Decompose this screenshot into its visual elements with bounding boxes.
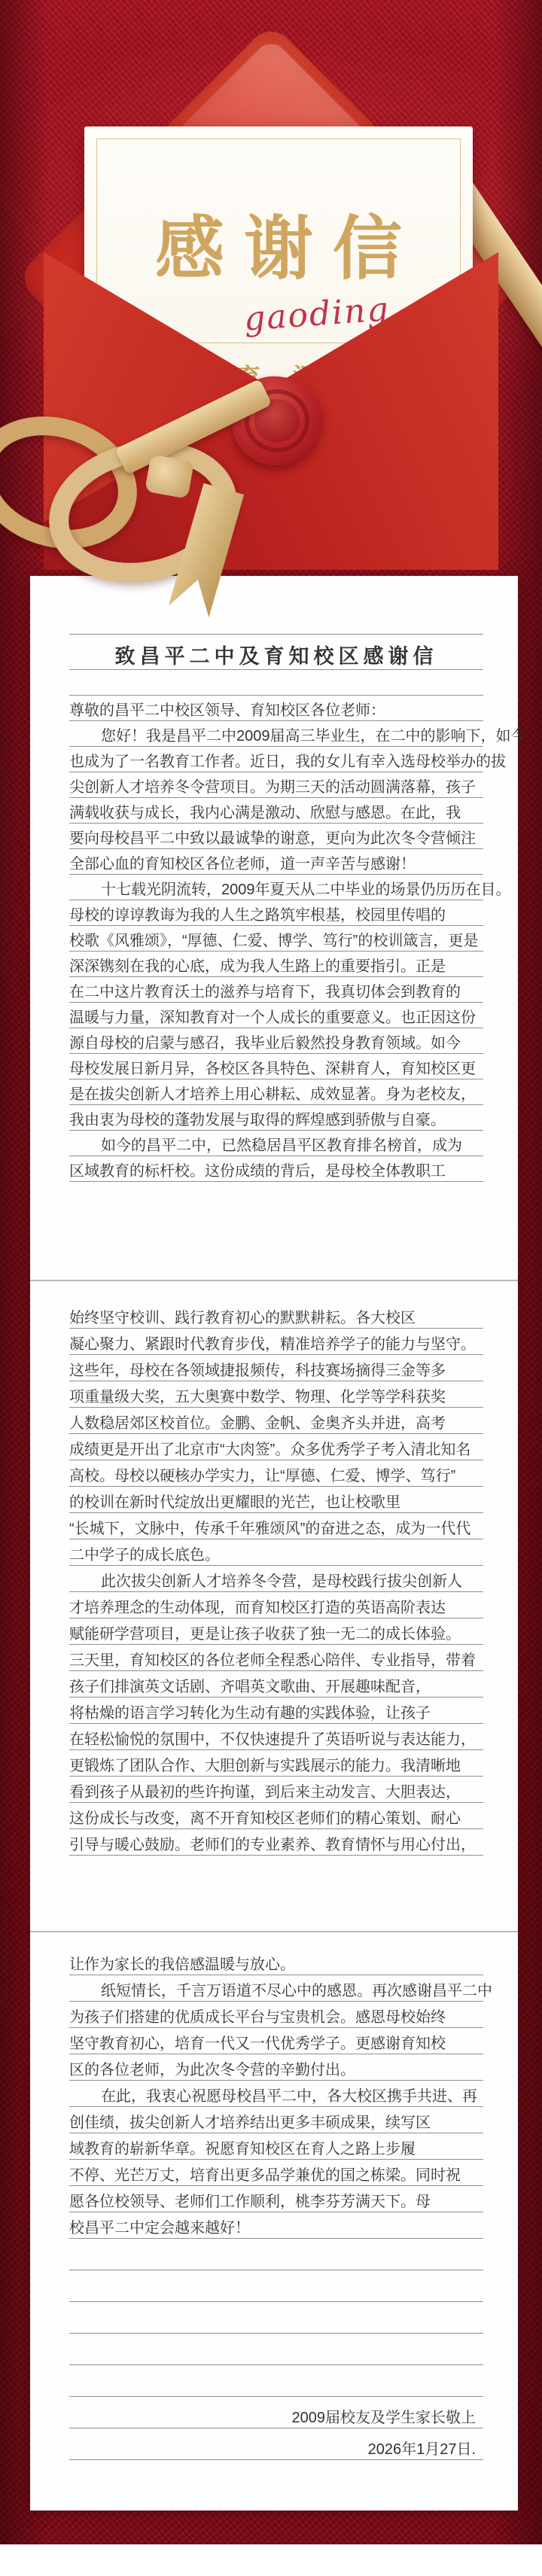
handwritten-text: 愿各位校领导、老师们工作顺利，桃李芬芳满天下。母 (69, 2194, 483, 2212)
handwritten-text: 这份成长与改变，离不开育知校区老师们的精心策划、耐心 (69, 1810, 483, 1828)
letter-line: 校歌《风雅颂》，“厚德、仁爱、博学、笃行”的校训箴言，更是 (69, 926, 483, 952)
letter-lines-page-2: 始终坚守校训、践行教育初心的默默耕耘。各大校区凝心聚力、紧跟时代教育步伐，精准培… (69, 1302, 483, 1856)
handwritten-text: 要向母校昌平二中致以最诚挚的谢意，更向为此次冬令营倾注 (69, 830, 483, 848)
letter-line: 这些年，母校在各领域捷报频传，科技赛场摘得三金等多 (69, 1355, 483, 1381)
letter-line: “长城下，文脉中，传承千年雅颂风”的奋进之态，成为一代代 (69, 1513, 483, 1539)
letter-line: 我由衷为母校的蓬勃发展与取得的辉煌感到骄傲与自豪。 (69, 1105, 483, 1131)
handwritten-text: 校昌平二中定会越来越好！ (69, 2220, 483, 2238)
letter-line: 此次拔尖创新人才培养冬令营，是母校践行拔尖创新人 (69, 1566, 483, 1592)
letter-line: 在此，我衷心祝愿母校昌平二中，各大校区携手共进、再 (69, 2081, 483, 2107)
handwritten-text: 看到孩子从最初的些许拘谨，到后来主动发言、大胆表达， (69, 1784, 483, 1802)
letter-line: 二中学子的成长底色。 (69, 1539, 483, 1566)
handwritten-text (69, 2395, 483, 2396)
letter-line: 满载收获与成长，我内心满是激动、欣慰与感恩。在此，我 (69, 798, 483, 824)
letter-line (69, 670, 483, 696)
handwritten-text: 尊敬的昌平二中校区领导、育知校区各位老师： (69, 702, 483, 720)
letter-line (69, 609, 483, 635)
letter-line: 始终坚守校训、践行教育初心的默默耕耘。各大校区 (69, 1302, 483, 1329)
handwritten-text: 的校训在新时代绽放出更耀眼的光芒，也让校歌里 (69, 1494, 483, 1512)
handwritten-text: 也成为了一名教育工作者。近日，我的女儿有幸入选母校举办的拔 (69, 754, 483, 772)
letter-line: 温暖与力量，深知教育对一个人成长的重要意义。也正因这份 (69, 1003, 483, 1028)
handwritten-text: 在轻松愉悦的氛围中，不仅快速提升了英语听说与表达能力， (69, 1731, 483, 1749)
handwritten-text: 凝心聚力、紧跟时代教育步伐，精准培养学子的能力与坚守。 (69, 1336, 483, 1354)
handwritten-text: 二中学子的成长底色。 (69, 1547, 483, 1565)
letter-line: 域教育的崭新华章。祝愿育知校区在育人之路上步履 (69, 2133, 483, 2160)
handwritten-text: 才培养理念的生动体现，而育知校区打造的英语高阶表达 (69, 1600, 483, 1618)
letter-line: 如今的昌平二中，已然稳居昌平区教育排名榜首，成为 (69, 1131, 483, 1156)
letter-line: 十七载光阴流转，2009年夏天从二中毕业的场景仍历历在目。 (69, 875, 483, 900)
letter-line: 纸短情长，千言万语道不尽心中的感恩。再次感谢昌平二中 (69, 1975, 483, 2002)
letter-line: 创佳绩，拔尖创新人才培养结出更多丰硕成果，续写区 (69, 2107, 483, 2133)
handwritten-text (69, 2300, 483, 2301)
letter-line: 为孩子们搭建的优质成长平台与宝贵机会。感恩母校始终 (69, 2002, 483, 2028)
handwritten-text: 始终坚守校训、践行教育初心的默默耕耘。各大校区 (69, 1310, 483, 1328)
letter-line: 校昌平二中定会越来越好！ (69, 2212, 483, 2239)
handwritten-text: 满载收获与成长，我内心满是激动、欣慰与感恩。在此，我 (69, 805, 483, 823)
handwritten-text: 是在拔尖创新人才培养上用心耕耘、成效显著。身为老校友， (69, 1086, 483, 1104)
letter-line: 源自母校的启蒙与感召，我毕业后毅然投身教育领域。如今 (69, 1028, 483, 1054)
letter-line (69, 2302, 483, 2334)
letter-line: 深深镌刻在我的心底，成为我人生路上的重要指引。正是 (69, 952, 483, 977)
handwritten-text: 纸短情长，千言万语道不尽心中的感恩。再次感谢昌平二中 (69, 1983, 483, 2001)
handwritten-text: 引导与暖心鼓励。老师们的专业素养、教育情怀与用心付出， (69, 1837, 483, 1855)
handwritten-text (69, 2331, 483, 2333)
handwritten-text: 更锻炼了团队合作、大胆创新与实践展示的能力。我清晰地 (69, 1758, 483, 1776)
letter-line: 引导与暖心鼓励。老师们的专业素养、教育情怀与用心付出， (69, 1829, 483, 1856)
letter-sheet-1: 致昌平二中及育知校区感谢信尊敬的昌平二中校区领导、育知校区各位老师：您好！我是昌… (30, 576, 518, 1280)
letter-line: 才培养理念的生动体现，而育知校区打造的英语高阶表达 (69, 1592, 483, 1618)
handwritten-text: 让作为家长的我倍感温暖与放心。 (69, 1956, 483, 1975)
handwritten-text: 2026年1月27日. (69, 2441, 483, 2459)
handwritten-text: 项重量级大奖，五大奥赛中数学、物理、化学等学科获奖 (69, 1389, 483, 1407)
handwritten-text (69, 2268, 483, 2270)
handwritten-text (69, 2363, 483, 2364)
handwritten-text: 温暖与力量，深知教育对一个人成长的重要意义。也正因这份 (69, 1009, 483, 1028)
letter-sheets: 致昌平二中及育知校区感谢信尊敬的昌平二中校区领导、育知校区各位老师：您好！我是昌… (30, 576, 518, 2511)
letter-line: 是在拔尖创新人才培养上用心耕耘、成效显著。身为老校友， (69, 1079, 483, 1105)
letter-line: 三天里，育知校区的各位老师全程悉心陪伴、专业指导，带着 (69, 1645, 483, 1671)
handwritten-text: 创佳绩，拔尖创新人才培养结出更多丰硕成果，续写区 (69, 2115, 483, 2133)
handwritten-text: 三天里，育知校区的各位老师全程悉心陪伴、专业指导，带着 (69, 1652, 483, 1670)
handwritten-text (69, 693, 483, 695)
letter-line: 2026年1月27日. (69, 2428, 483, 2460)
handwritten-text: 区域教育的标杆校。这份成绩的背后，是母校全体教职工 (69, 1163, 483, 1181)
letter-line: 坚守教育初心，培育一代又一代优秀学子。更感谢育知校 (69, 2028, 483, 2054)
letter-line (69, 2239, 483, 2270)
handwritten-text: 深深镌刻在我的心底，成为我人生路上的重要指引。正是 (69, 958, 483, 976)
handwritten-text: 为孩子们搭建的优质成长平台与宝贵机会。感恩母校始终 (69, 2009, 483, 2027)
letter-line: 更锻炼了团队合作、大胆创新与实践展示的能力。我清晰地 (69, 1750, 483, 1777)
letter-sheet-3: 让作为家长的我倍感温暖与放心。纸短情长，千言万语道不尽心中的感恩。再次感谢昌平二… (30, 1931, 518, 2511)
handwritten-text: 在此，我衷心祝愿母校昌平二中，各大校区携手共进、再 (69, 2088, 483, 2106)
handwritten-text: 孩子们排演英文话剧、齐唱英文歌曲、开展趣味配音， (69, 1679, 483, 1697)
letter-line: 人数稳居郊区校首位。金鹏、金帆、金奥齐头并进，高考 (69, 1408, 483, 1434)
handwritten-text: 我由衷为母校的蓬勃发展与取得的辉煌感到骄傲与自豪。 (69, 1112, 483, 1130)
letter-line: 的校训在新时代绽放出更耀眼的光芒，也让校歌里 (69, 1487, 483, 1513)
handwritten-text: 在二中这片教育沃土的滋养与培育下，我真切体会到教育的 (69, 984, 483, 1002)
handwritten-text: 如今的昌平二中，已然稳居昌平区教育排名榜首，成为 (69, 1137, 483, 1156)
handwritten-text: 2009届校友及学生家长敬上 (69, 2410, 483, 2428)
letter-line: 将枯燥的语言学习转化为生动有趣的实践体验，让孩子 (69, 1698, 483, 1724)
letter-line: 不停、光芒万丈，培育出更多品学兼优的国之栋梁。同时祝 (69, 2160, 483, 2186)
letter-line: 区的各位老师，为此次冬令营的辛勤付出。 (69, 2054, 483, 2081)
letter-line (69, 2365, 483, 2397)
handwritten-text: 全部心血的育知校区各位老师，道一声辛苦与感谢！ (69, 856, 483, 874)
handwritten-text: 十七载光阴流转，2009年夏天从二中毕业的场景仍历历在目。 (69, 882, 483, 900)
bottom-white-margin (0, 2544, 542, 2576)
letter-line: 您好！我是昌平二中2009届高三毕业生，在二中的影响下，如今 (69, 721, 483, 747)
letter-lines-page-1: 致昌平二中及育知校区感谢信尊敬的昌平二中校区领导、育知校区各位老师：您好！我是昌… (69, 609, 483, 1182)
letter-line: 看到孩子从最初的些许拘谨，到后来主动发言、大胆表达， (69, 1777, 483, 1803)
letter-line: 高校。母校以硬核办学实力，让“厚德、仁爱、博学、笃行” (69, 1460, 483, 1487)
envelope-hero: 感谢信 gaoding 家校共育，温暖传承 (0, 0, 542, 576)
letter-line: 要向母校昌平二中致以最诚挚的谢意，更向为此次冬令营倾注 (69, 824, 483, 849)
handwritten-text: 不停、光芒万丈，培育出更多品学兼优的国之栋梁。同时祝 (69, 2167, 483, 2185)
letter-lines-page-3: 让作为家长的我倍感温暖与放心。纸短情长，千言万语道不尽心中的感恩。再次感谢昌平二… (69, 1949, 483, 2460)
letter-line: 项重量级大奖，五大奥赛中数学、物理、化学等学科获奖 (69, 1381, 483, 1408)
handwritten-text: 成绩更是开出了北京市“大肉签”。众多优秀学子考入清北知名 (69, 1442, 483, 1460)
letter-line: 愿各位校领导、老师们工作顺利，桃李芬芳满天下。母 (69, 2186, 483, 2212)
handwritten-text: 域教育的崭新华章。祝愿育知校区在育人之路上步履 (69, 2141, 483, 2159)
handwritten-text (69, 632, 483, 634)
handwritten-text: 源自母校的启蒙与感召，我毕业后毅然投身教育领域。如今 (69, 1035, 483, 1053)
letter-line: 也成为了一名教育工作者。近日，我的女儿有幸入选母校举办的拔 (69, 747, 483, 772)
letter-line: 尖创新人才培养冬令营项目。为期三天的活动圆满落幕，孩子 (69, 772, 483, 798)
handwritten-text: 母校的谆谆教诲为我的人生之路筑牢根基，校园里传唱的 (69, 907, 483, 925)
handwritten-text: 高校。母校以硬核办学实力，让“厚德、仁爱、博学、笃行” (69, 1468, 483, 1486)
handwritten-text: 您好！我是昌平二中2009届高三毕业生，在二中的影响下，如今 (69, 728, 483, 746)
letter-line: 全部心血的育知校区各位老师，道一声辛苦与感谢！ (69, 849, 483, 875)
letter-line (69, 2270, 483, 2302)
letter-line: 这份成长与改变，离不开育知校区老师们的精心策划、耐心 (69, 1803, 483, 1829)
handwritten-text: “长城下，文脉中，传承千年雅颂风”的奋进之态，成为一代代 (69, 1521, 483, 1539)
letter-line: 在轻松愉悦的氛围中，不仅快速提升了英语听说与表达能力， (69, 1724, 483, 1750)
handwritten-text: 尖创新人才培养冬令营项目。为期三天的活动圆满落幕，孩子 (69, 779, 483, 797)
letter-line: 2009届校友及学生家长敬上 (69, 2397, 483, 2428)
thank-you-letter-poster: 感谢信 gaoding 家校共育，温暖传承 致昌平二中及育知校区感谢信尊敬的昌平… (0, 0, 542, 2544)
handwritten-text: 人数稳居郊区校首位。金鹏、金帆、金奥齐头并进，高考 (69, 1415, 483, 1433)
handwritten-text: 将枯燥的语言学习转化为生动有趣的实践体验，让孩子 (69, 1705, 483, 1723)
handwritten-text: 坚守教育初心，培育一代又一代优秀学子。更感谢育知校 (69, 2036, 483, 2054)
letter-line: 母校发展日新月异，各校区各具特色、深耕育人，育知校区更 (69, 1054, 483, 1079)
handwritten-text: 校歌《风雅颂》，“厚德、仁爱、博学、笃行”的校训箴言，更是 (69, 933, 483, 951)
letter-line: 赋能研学营项目，更是让孩子收获了独一无二的成长体验。 (69, 1618, 483, 1645)
handwritten-text: 区的各位老师，为此次冬令营的辛勤付出。 (69, 2062, 483, 2080)
handwritten-text: 赋能研学营项目，更是让孩子收获了独一无二的成长体验。 (69, 1626, 483, 1644)
letter-line: 尊敬的昌平二中校区领导、育知校区各位老师： (69, 696, 483, 721)
letter-line: 凝心聚力、紧跟时代教育步伐，精准培养学子的能力与坚守。 (69, 1329, 483, 1355)
letter-sheet-2: 始终坚守校训、践行教育初心的默默耕耘。各大校区凝心聚力、紧跟时代教育步伐，精准培… (30, 1280, 518, 1931)
letter-line: 让作为家长的我倍感温暖与放心。 (69, 1949, 483, 1975)
letter-line: 孩子们排演英文话剧、齐唱英文歌曲、开展趣味配音， (69, 1671, 483, 1698)
letter-line: 区域教育的标杆校。这份成绩的背后，是母校全体教职工 (69, 1156, 483, 1182)
handwritten-text: 这些年，母校在各领域捷报频传，科技赛场摘得三金等多 (69, 1363, 483, 1381)
letter-line: 成绩更是开出了北京市“大肉签”。众多优秀学子考入清北知名 (69, 1434, 483, 1460)
handwritten-text: 此次拔尖创新人才培养冬令营，是母校践行拔尖创新人 (69, 1573, 483, 1591)
handwritten-text: 致昌平二中及育知校区感谢信 (69, 645, 483, 669)
letter-line: 在二中这片教育沃土的滋养与培育下，我真切体会到教育的 (69, 977, 483, 1003)
gold-ribbon-knot (145, 454, 194, 498)
handwritten-text: 母校发展日新月异，各校区各具特色、深耕育人，育知校区更 (69, 1061, 483, 1079)
letter-line: 母校的谆谆教诲为我的人生之路筑牢根基，校园里传唱的 (69, 900, 483, 926)
letter-line (69, 2334, 483, 2365)
letter-title-line: 致昌平二中及育知校区感谢信 (69, 635, 483, 670)
